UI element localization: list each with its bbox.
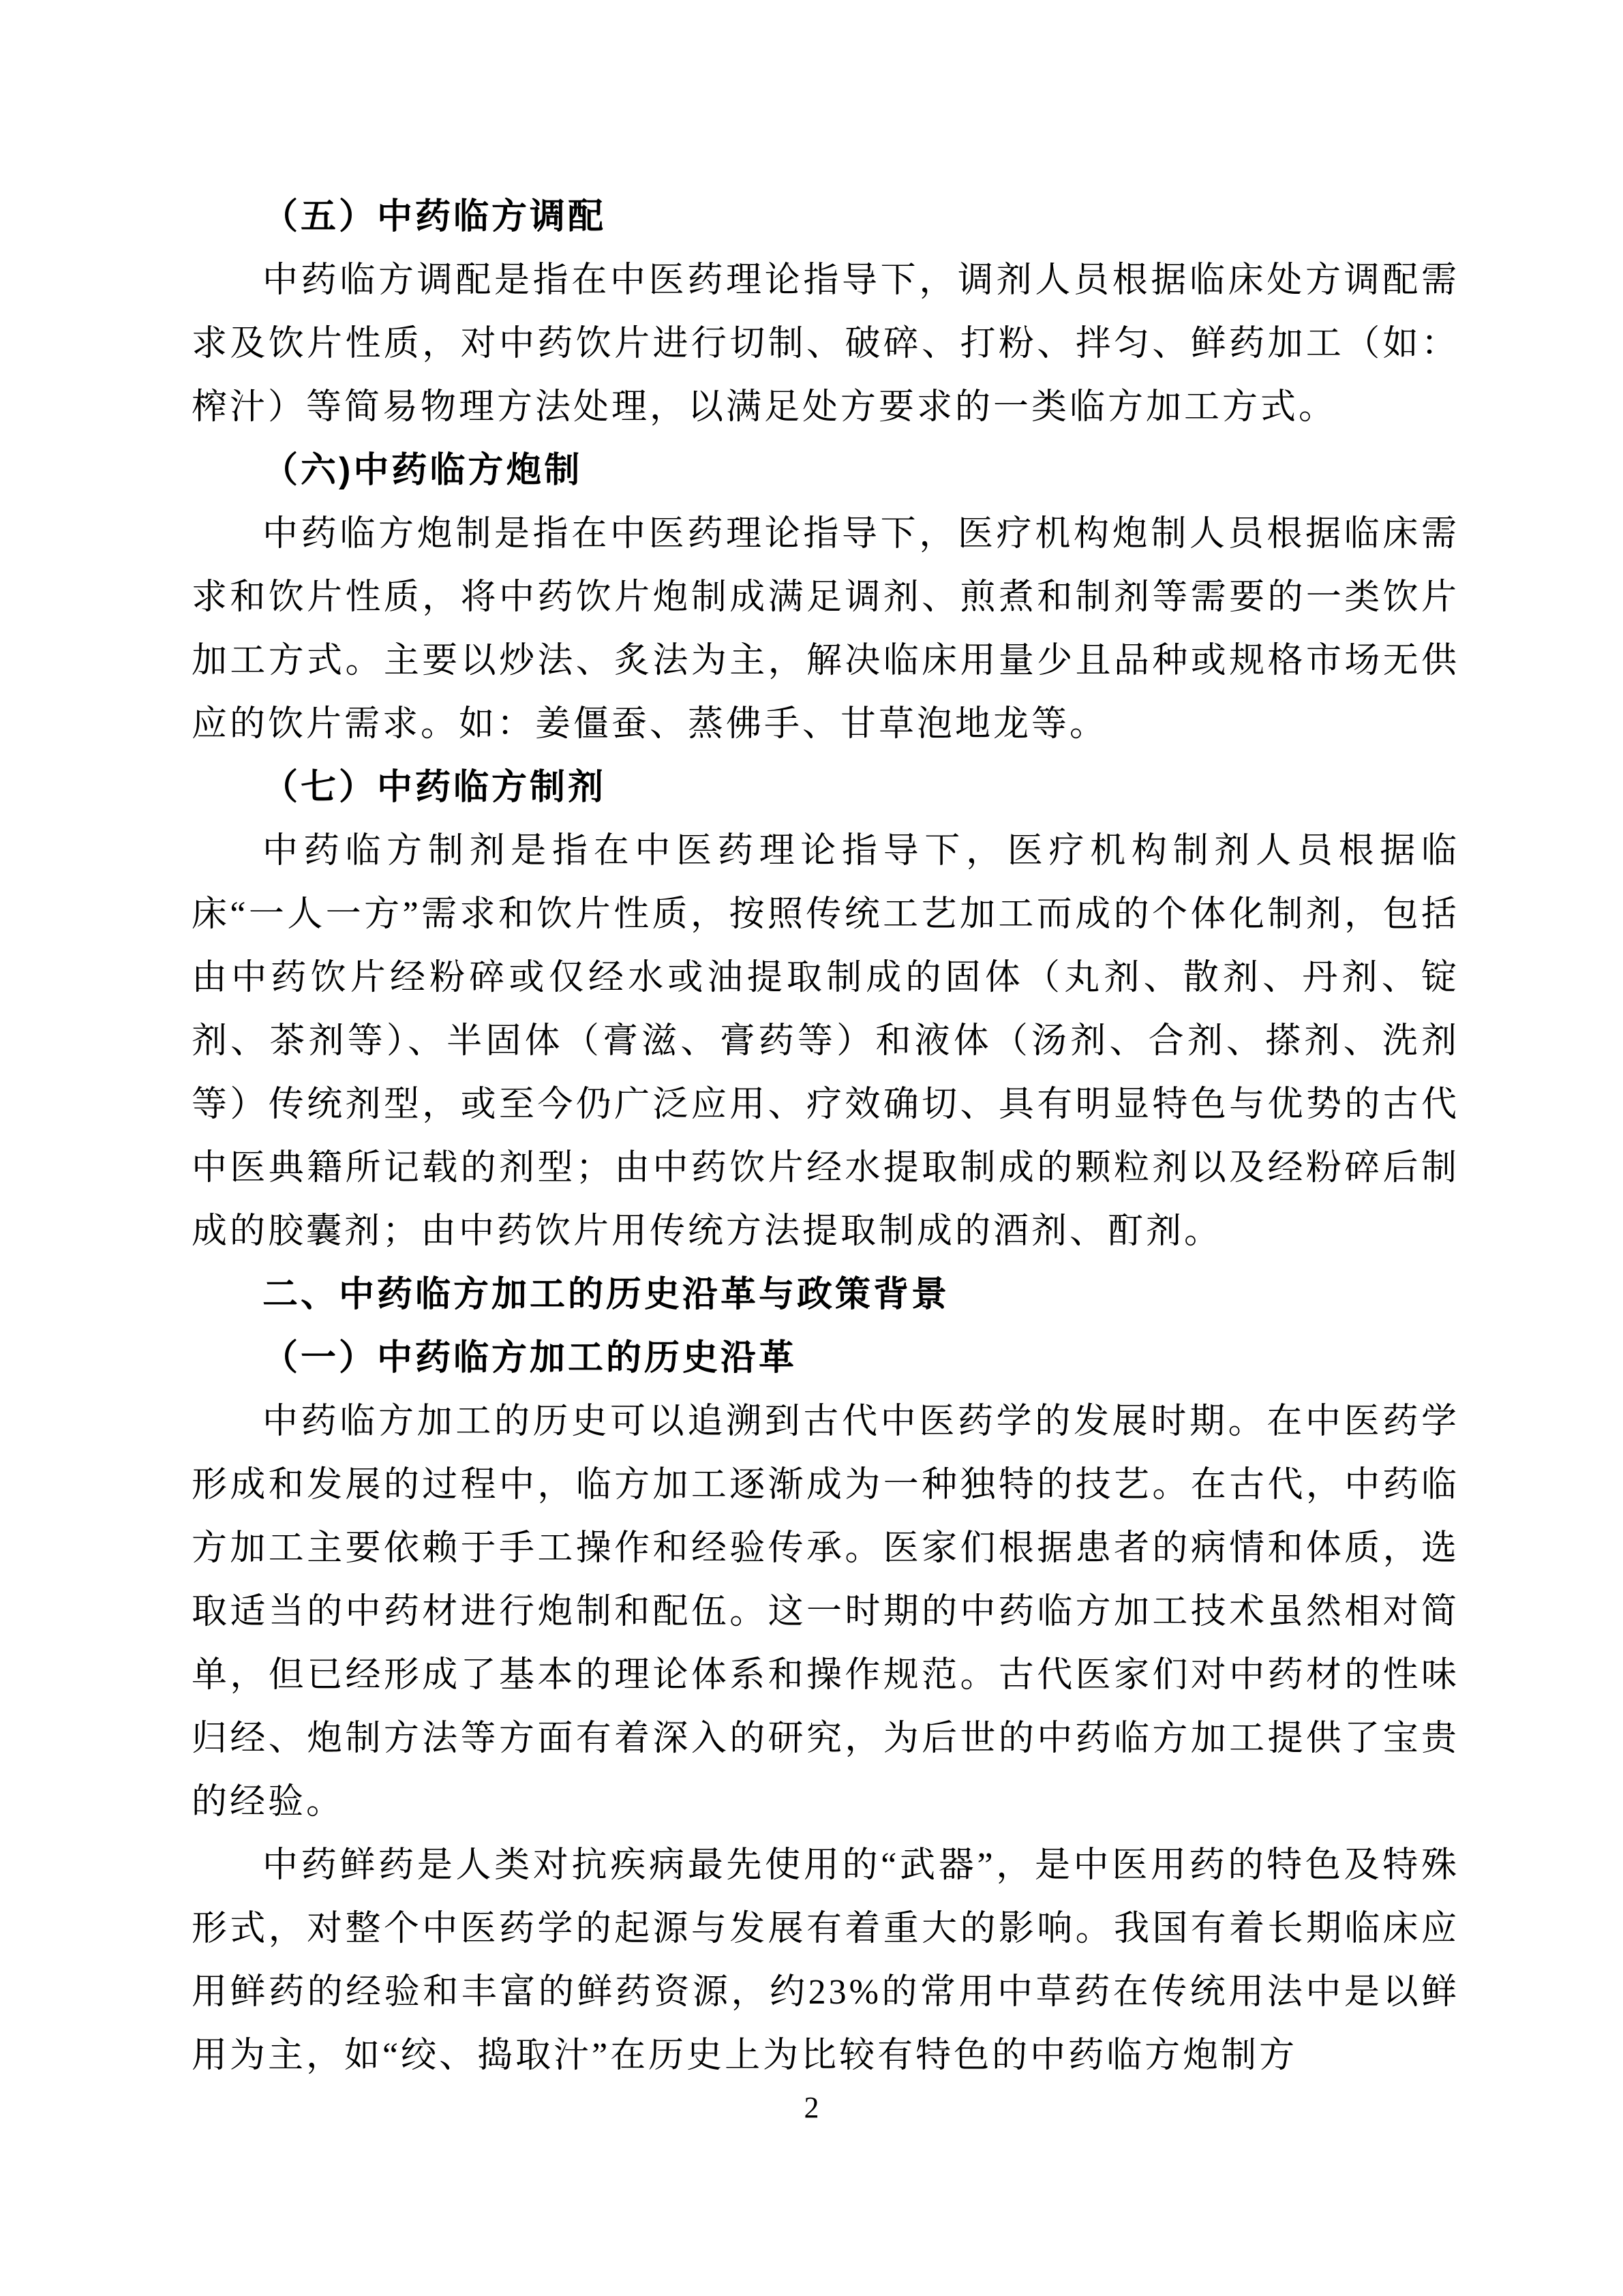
page-content: （五）中药临方调配 中药临方调配是指在中医药理论指导下，调剂人员根据临床处方调配…	[192, 185, 1459, 2087]
paragraph-clinical-paozhi-definition: 中药临方炮制是指在中医药理论指导下，医疗机构炮制人员根据临床需求和饮片性质，将中…	[192, 502, 1459, 756]
heading-section-6-clinical-paozhi: （六)中药临方炮制	[192, 439, 1459, 502]
paragraph-clinical-dispensing-definition: 中药临方调配是指在中医药理论指导下，调剂人员根据临床处方调配需求及饮片性质，对中…	[192, 249, 1459, 439]
paragraph-clinical-preparation-definition: 中药临方制剂是指在中医药理论指导下，医疗机构制剂人员根据临床“一人一方”需求和饮…	[192, 819, 1459, 1263]
heading-section-1-history: （一）中药临方加工的历史沿革	[192, 1327, 1459, 1390]
heading-section-7-clinical-preparation: （七）中药临方制剂	[192, 756, 1459, 819]
document-page: （五）中药临方调配 中药临方调配是指在中医药理论指导下，调剂人员根据临床处方调配…	[0, 0, 1623, 2296]
page-number: 2	[0, 2087, 1623, 2128]
paragraph-fresh-herbs: 中药鲜药是人类对抗疾病最先使用的“武器”，是中医用药的特色及特殊形式，对整个中医…	[192, 1834, 1459, 2087]
paragraph-history-overview: 中药临方加工的历史可以追溯到古代中医药学的发展时期。在中医药学形成和发展的过程中…	[192, 1390, 1459, 1834]
heading-chapter-2-history-and-policy: 二、中药临方加工的历史沿革与政策背景	[192, 1263, 1459, 1327]
heading-section-5-clinical-dispensing: （五）中药临方调配	[192, 185, 1459, 249]
